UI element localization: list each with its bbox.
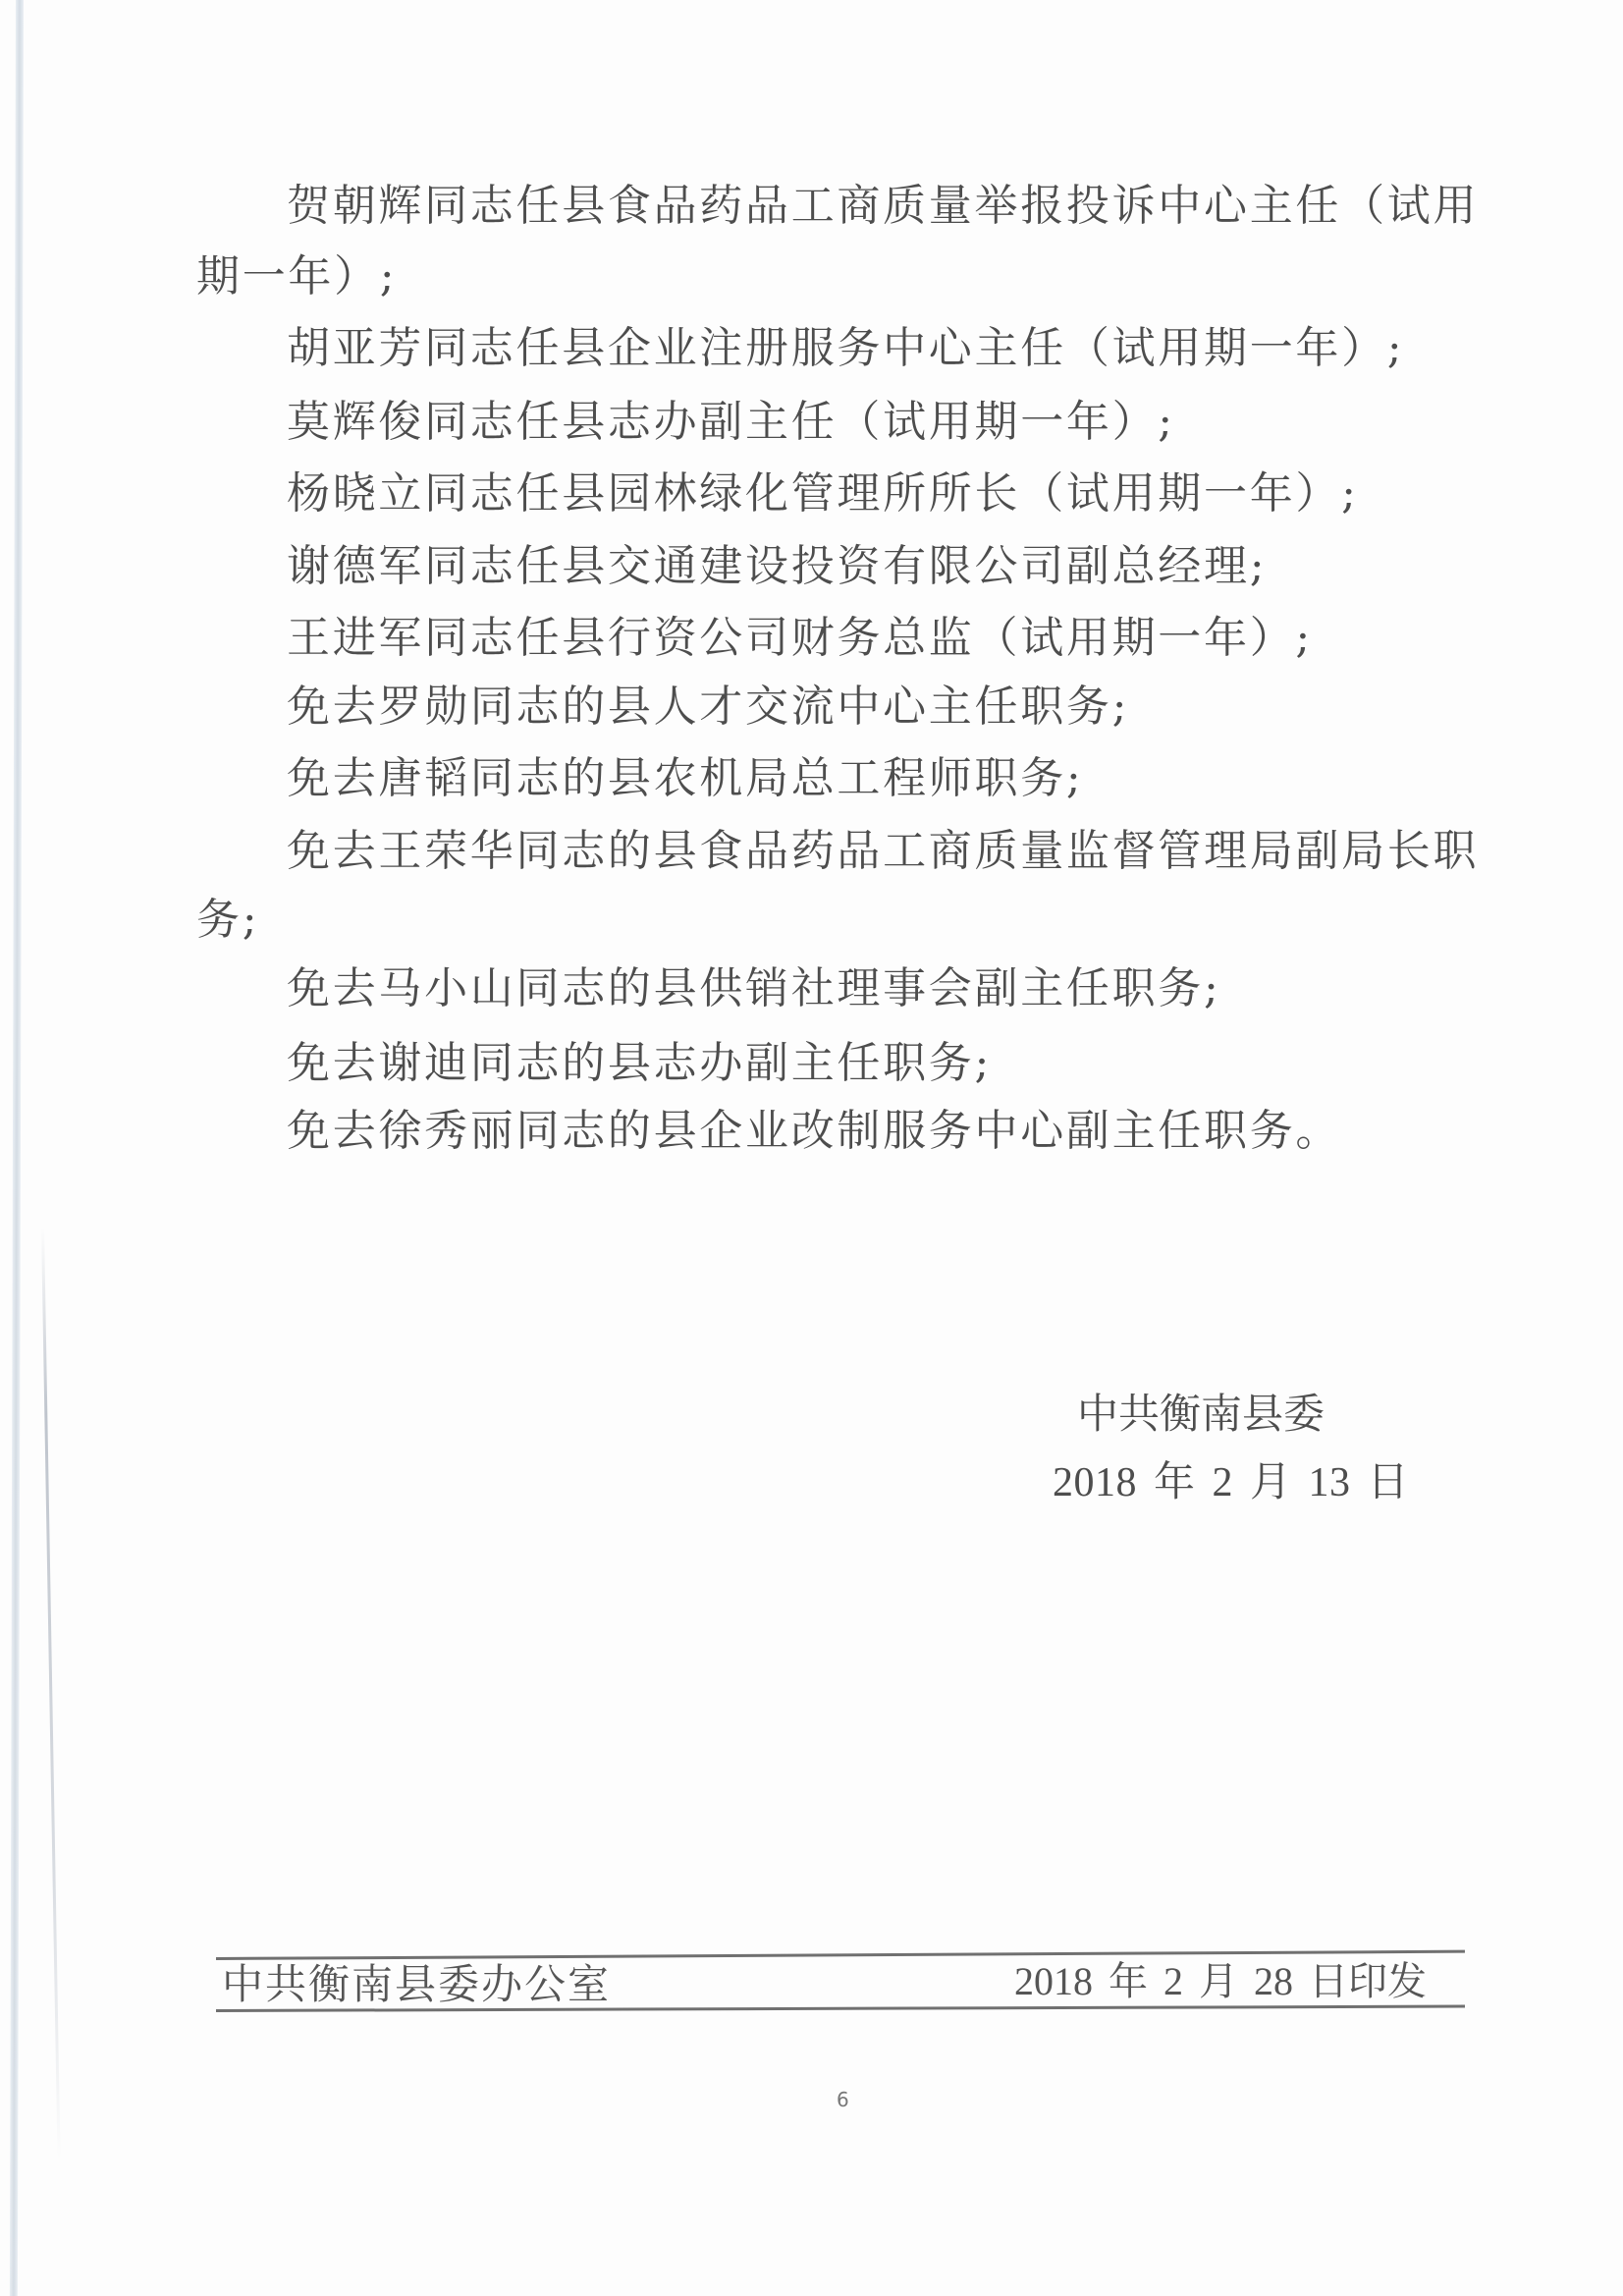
signature-organization: 中共衡南县委 (1077, 1390, 1325, 1439)
body-line: 免去唐韬同志的县农机局总工程师职务; (287, 754, 1083, 803)
scan-streak-artifact (41, 1228, 61, 2160)
body-line: 谢德军同志任县交通建设投资有限公司副总经理; (287, 542, 1267, 591)
footer-issuing-office: 中共衡南县委办公室 (222, 1962, 611, 2007)
body-line-continuation: 务; (196, 896, 259, 945)
body-line: 杨晓立同志任县园林绿化管理所所长（试用期一年）; (287, 469, 1359, 519)
signature-date: 2018 年 2 月 13 日 (1053, 1458, 1409, 1507)
scan-edge-artifact (10, 0, 24, 2296)
body-line: 王进军同志任县行资公司财务总监（试用期一年）; (287, 614, 1313, 663)
body-line: 免去马小山同志的县供销社理事会副主任职务; (287, 964, 1221, 1013)
body-line: 莫辉俊同志任县志办副主任（试用期一年）; (287, 398, 1175, 447)
body-line: 贺朝辉同志任县食品药品工商质量举报投诉中心主任（试用 (287, 182, 1479, 231)
body-line: 免去王荣华同志的县食品药品工商质量监督管理局副局长职 (287, 827, 1479, 876)
body-line: 胡亚芳同志任县企业注册服务中心主任（试用期一年）; (287, 324, 1404, 373)
page-number: 6 (837, 2086, 849, 2113)
body-line: 免去罗勋同志的县人才交流中心主任职务; (287, 683, 1129, 732)
body-line-continuation: 期一年）; (196, 252, 397, 301)
footer-issue-date: 2018 年 2 月 28 日印发 (1014, 1959, 1427, 2004)
body-line: 免去谢迪同志的县志办副主任职务; (287, 1039, 992, 1088)
body-line: 免去徐秀丽同志的县企业改制服务中心副主任职务。 (287, 1107, 1341, 1156)
